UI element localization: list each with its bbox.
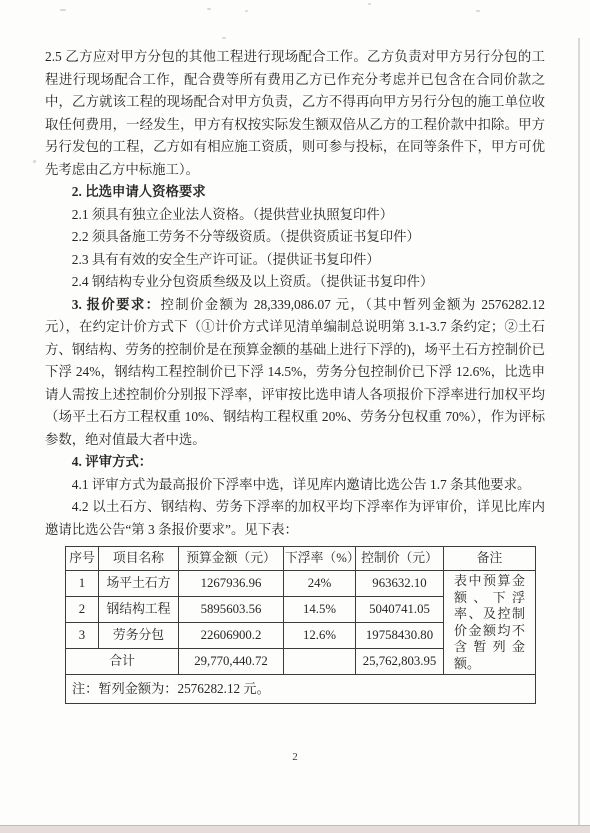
bid-evaluation-table: 序号 项目名称 预算金额（元） 下浮率（%） 控制价（元） 备注 1 场平土石方… [65,546,536,704]
qualification-item-2-3: 2.3 具有有效的安全生产许可证。（提供证书复印件） [45,249,545,272]
qualification-item-2-4: 2.4 钢结构专业分包资质叁级及以上资质。（提供证书复印件） [45,271,545,294]
clause-2-5-paragraph: 2.5 乙方应对甲方分包的其他工程进行现场配合工作。乙方负责对甲方另行分包的工程… [45,46,545,181]
review-item-4-1: 4.1 评审方式为最高报价下浮率中选，详见库内邀请比选公告 1.7 条其他要求。 [45,474,545,497]
header-rate: 下浮率（%） [284,547,356,571]
header-remark: 备注 [444,547,536,571]
cell-rate: 14.5% [284,597,356,623]
cell-control-price: 963632.10 [356,571,444,597]
section-4-heading: 4. 评审方式： [45,451,545,474]
scan-artifact [33,160,36,163]
header-budget: 预算金额（元） [179,547,284,571]
scan-artifact [207,8,211,10]
header-no: 序号 [66,547,99,571]
table-note: 注：暂列金额为：2576282.12 元。 [66,675,536,704]
cell-budget: 22606900.2 [179,623,284,649]
cell-no: 2 [66,597,99,623]
cell-remark: 表中预算金额、下浮率、及控制价金额均不含暂列金额。 [444,571,536,675]
section-3-paragraph: 3. 报价要求：控制价金额为 28,339,086.07 元，（其中暂列金额为 … [45,294,545,452]
total-budget: 29,770,440.72 [179,649,284,675]
cell-control-price: 5040741.05 [356,597,444,623]
cell-budget: 1267936.96 [179,571,284,597]
qualification-item-2-2: 2.2 须具备施工劳务不分等级资质。（提供资质证书复印件） [45,226,545,249]
table-header-row: 序号 项目名称 预算金额（元） 下浮率（%） 控制价（元） 备注 [66,547,536,571]
cell-no: 1 [66,571,99,597]
review-item-4-2: 4.2 以土石方、钢结构、劳务下浮率的加权平均下浮率作为评审价，详见比库内邀请比… [45,496,545,541]
document-page: 2.5 乙方应对甲方分包的其他工程进行现场配合工作。乙方负责对甲方另行分包的工程… [0,0,590,833]
section-2-heading: 2. 比选申请人资格要求 [45,181,545,204]
document-content: 2.5 乙方应对甲方分包的其他工程进行现场配合工作。乙方负责对甲方另行分包的工程… [45,46,545,704]
scan-artifact [476,10,480,12]
cell-budget: 5895603.56 [179,597,284,623]
scan-artifact [60,9,66,11]
cell-no: 3 [66,623,99,649]
total-label: 合计 [66,649,179,675]
cell-rate: 24% [284,571,356,597]
page-number: 2 [0,751,590,763]
cell-project-name: 钢结构工程 [99,597,179,623]
section-3-heading: 3. 报价要求： [72,297,161,312]
cell-project-name: 劳务分包 [99,623,179,649]
table-row: 1 场平土石方 1267936.96 24% 963632.10 表中预算金额、… [66,571,536,597]
cell-control-price: 19758430.80 [356,623,444,649]
table-note-row: 注：暂列金额为：2576282.12 元。 [66,675,536,704]
scan-artifact [222,37,226,39]
scan-artifact [368,3,371,5]
cell-rate: 12.6% [284,623,356,649]
cell-project-name: 场平土石方 [99,571,179,597]
qualification-item-2-1: 2.1 须具有独立企业法人资格。（提供营业执照复印件） [45,204,545,227]
total-rate [284,649,356,675]
header-project-name: 项目名称 [99,547,179,571]
scan-page-right-edge [578,38,580,833]
scan-page-bottom-edge [0,825,590,833]
header-control-price: 控制价（元） [356,547,444,571]
section-3-body: 控制价金额为 28,339,086.07 元，（其中暂列金额为 2576282.… [45,297,545,447]
total-control-price: 25,762,803.95 [356,649,444,675]
scan-artifact [245,10,248,12]
